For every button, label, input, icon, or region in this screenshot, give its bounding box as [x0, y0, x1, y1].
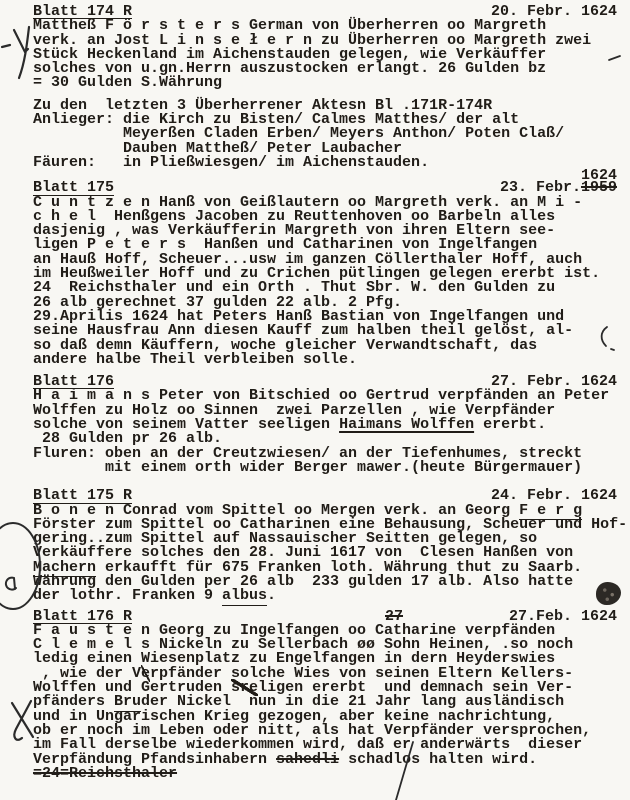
text-segment: 27. Febr. 1624: [491, 373, 617, 390]
entry-date: 27. Febr. 1624: [491, 375, 617, 389]
entry-date: 27.Feb. 1624: [509, 610, 617, 624]
entry-date: 24. Febr. 1624: [491, 489, 617, 503]
entry-date: 23. Febr.1959: [500, 181, 617, 195]
struck-number: 27: [385, 610, 403, 624]
entry-header: Blatt 174 R20. Febr. 1624: [33, 5, 617, 19]
text-segment: 23. Febr.: [500, 179, 581, 196]
entry-header: Blatt 176 R2727.Feb. 1624: [33, 610, 617, 624]
text-segment: der lothr. Franken 9: [33, 587, 222, 604]
text-line: der lothr. Franken 9 albus.: [33, 589, 617, 603]
text-segment: sahedli: [276, 751, 339, 768]
entry-header: Blatt 17627. Febr. 1624: [33, 375, 617, 389]
text-segment: schadlos halten wird.: [339, 751, 537, 768]
text-line: andere halbe Theil verbleiben solle.: [33, 353, 617, 367]
text-line: =24=Reichsthaler: [33, 767, 617, 781]
entry-header: Blatt 17523. Febr.1959: [33, 181, 617, 195]
text-segment: albus: [222, 587, 267, 606]
entry-title: Blatt 176 R: [33, 610, 132, 624]
x-cross-mark: [12, 701, 33, 740]
text-segment: =24=Reichsthaler: [33, 765, 177, 782]
text-segment: Haimans Wolffen: [339, 416, 474, 433]
entry-title: Blatt 174 R: [33, 5, 132, 19]
text-line: Fäuren: in Pließwiesgen/ im Aichenstaude…: [33, 156, 617, 170]
text-column: Blatt 174 R20. Febr. 1624Mattheß F ö r s…: [33, 5, 617, 781]
entry-title: Blatt 176: [33, 375, 114, 389]
ink-blot: [596, 582, 621, 605]
text-segment: 27.Feb. 1624: [509, 608, 617, 625]
text-segment: ererbt.: [474, 416, 546, 433]
text-segment: 20. Febr. 1624: [491, 3, 617, 20]
text-line: = 30 Gulden S.Währung: [33, 76, 617, 90]
text-segment: 1959: [581, 179, 617, 196]
text-segment: .: [267, 587, 276, 604]
entry-date: 20. Febr. 1624: [491, 5, 617, 19]
entry-header: Blatt 175 R24. Febr. 1624: [33, 489, 617, 503]
document-page: Blatt 174 R20. Febr. 1624Mattheß F ö r s…: [0, 0, 630, 800]
text-segment: 24. Febr. 1624: [491, 487, 617, 504]
entry-title: Blatt 175 R: [33, 489, 132, 503]
entry-title: Blatt 175: [33, 181, 114, 195]
handwritten-four-mark: [2, 27, 29, 78]
text-line: mit einem orth wider Berger mawer.(heute…: [33, 461, 617, 475]
